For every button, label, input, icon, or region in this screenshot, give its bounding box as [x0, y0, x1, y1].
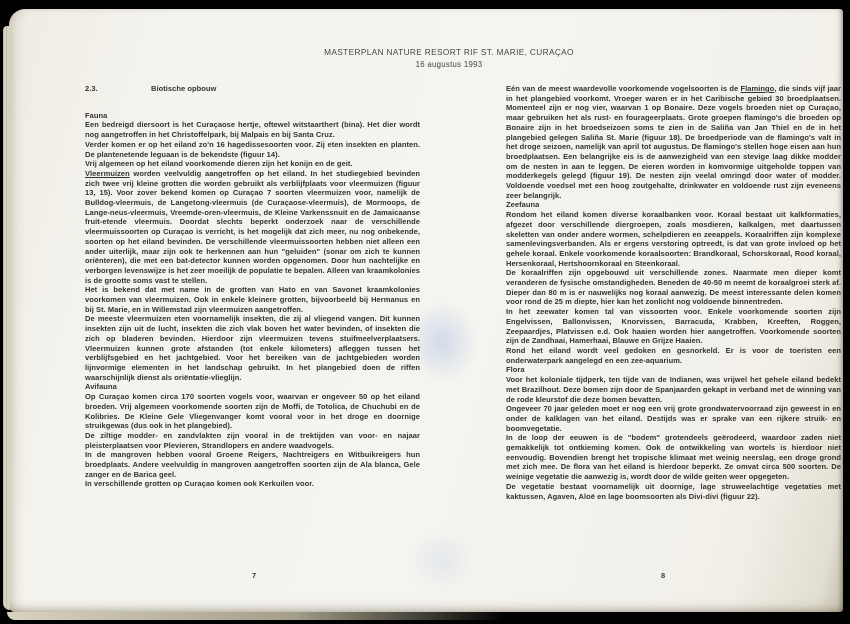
- document-date: 16 augustus 1993: [142, 60, 756, 69]
- section-number: 2.3.: [85, 84, 151, 94]
- paragraph: Rondom het eiland komen diverse koraalba…: [506, 210, 841, 268]
- paragraph: Vleermuizen worden veelvuldig aangetroff…: [85, 169, 420, 285]
- paragraph: Vrij algemeen op het eiland voorkomende …: [85, 159, 420, 169]
- heading-flora: Flora: [506, 365, 841, 375]
- paragraph: Een bedreigd diersoort is het Curaçaose …: [85, 120, 420, 139]
- book-page-edges-bottom: [7, 612, 527, 620]
- paragraph: In het zeewater komen tal van vissoorten…: [506, 307, 841, 346]
- underlined-term: Vleermuizen: [85, 169, 130, 178]
- paragraph: De meeste vleermuizen eten voornamelijk …: [85, 314, 420, 382]
- heading-zeefauna: Zeefauna: [506, 200, 841, 210]
- paragraph: Voor het koloniale tijdperk, ten tijde v…: [506, 375, 841, 404]
- show-through-stain: [407, 529, 477, 593]
- heading-fauna: Fauna: [85, 111, 420, 121]
- paragraph: Ongeveer 70 jaar geleden moet er nog een…: [506, 404, 841, 433]
- paragraph: De vegetatie bestaat voornamelijk uit do…: [506, 482, 841, 501]
- paragraph: Verder komen er op het eiland zo'n 16 ha…: [85, 140, 420, 159]
- document-title: MASTERPLAN NATURE RESORT RIF ST. MARIE, …: [142, 47, 756, 57]
- heading-avifauna: Avifauna: [85, 382, 420, 392]
- left-page-column: 2.3.Biotische opbouw Fauna Een bedreigd …: [85, 84, 420, 489]
- page-number-right: 8: [661, 571, 665, 580]
- book-page-edges-left: [3, 26, 10, 610]
- paragraph: Eén van de meest waardevolle voorkomende…: [506, 84, 841, 200]
- underlined-term: Flamingo: [741, 84, 775, 93]
- paragraph: De ziltige modder- en zandvlakten zijn v…: [85, 431, 420, 450]
- paragraph: In de loop der eeuwen is de "bodem" grot…: [506, 433, 841, 482]
- paragraph: In verschillende grotten op Curaçao kome…: [85, 479, 420, 489]
- paragraph: De koraalriffen zijn opgebouwd uit versc…: [506, 268, 841, 307]
- paragraph: In de mangroven hebben vooral Groene Rei…: [85, 450, 420, 479]
- page-number-left: 7: [252, 571, 256, 580]
- paragraph: Het is bekend dat met name in de grotten…: [85, 285, 420, 314]
- paragraph: Op Curaçao komen circa 170 soorten vogel…: [85, 392, 420, 431]
- section-title: Biotische opbouw: [151, 84, 216, 93]
- right-page-column: Eén van de meest waardevolle voorkomende…: [506, 84, 841, 501]
- paragraph: Rond het eiland wordt veel gedoken en ge…: [506, 346, 841, 365]
- section-heading: 2.3.Biotische opbouw: [85, 84, 420, 94]
- document-header: MASTERPLAN NATURE RESORT RIF ST. MARIE, …: [142, 47, 756, 69]
- scanned-page: MASTERPLAN NATURE RESORT RIF ST. MARIE, …: [9, 9, 843, 612]
